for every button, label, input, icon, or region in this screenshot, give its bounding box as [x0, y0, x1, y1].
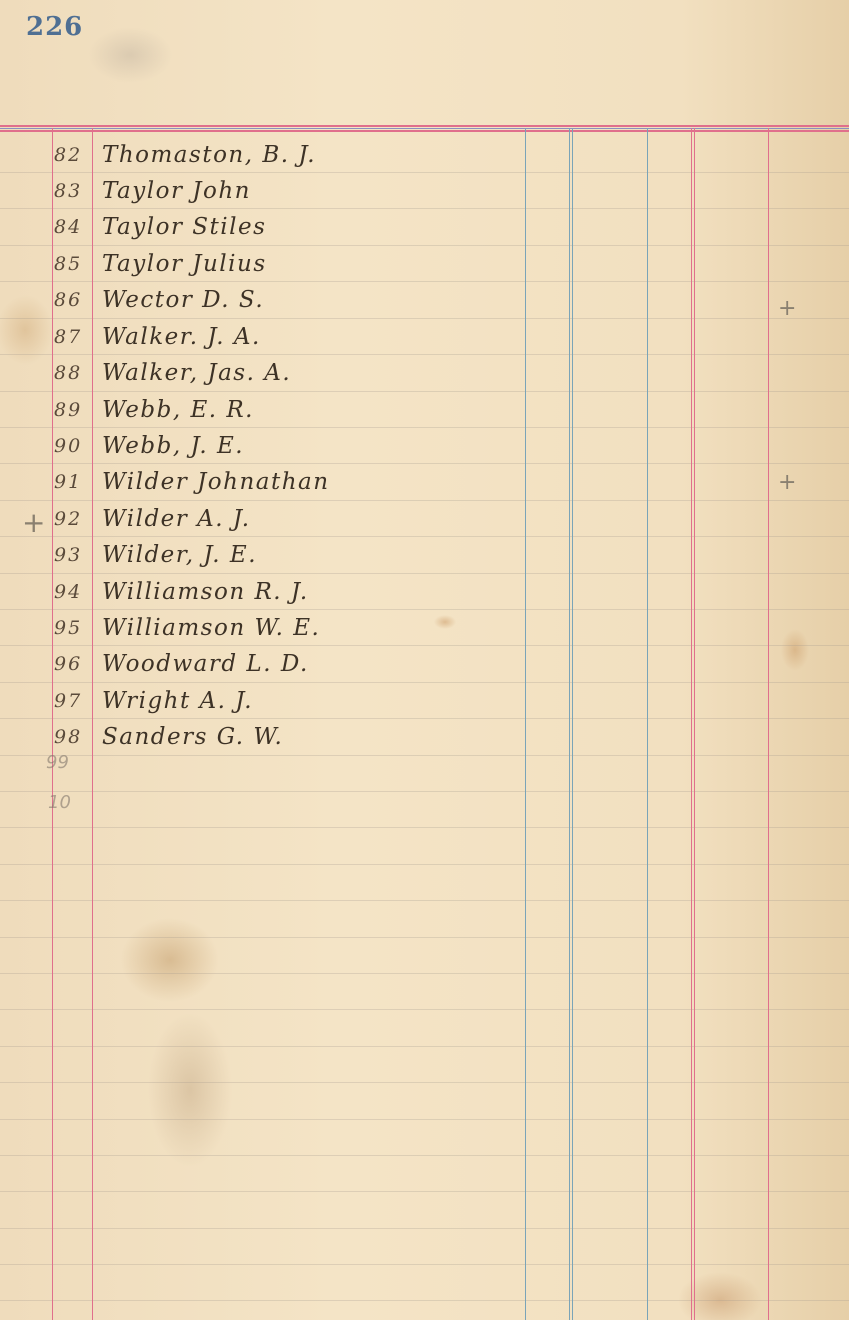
entry-name: Wilder, J. E.	[102, 542, 257, 568]
list-item: 93 Wilder, J. E.	[0, 542, 520, 578]
entry-number: 85	[54, 253, 92, 275]
list-item: 87 Walker. J. A.	[0, 324, 520, 360]
list-item: 89 Webb, E. R.	[0, 397, 520, 433]
entry-name: Wilder A. J.	[102, 506, 251, 532]
column-line-1	[525, 128, 526, 1320]
list-item: 94 Williamson R. J.	[0, 579, 520, 615]
cross-mark-right-91: +	[778, 470, 796, 495]
entry-name: Taylor Julius	[102, 251, 267, 277]
entry-name: Taylor Stiles	[102, 214, 266, 240]
entry-name: Wector D. S.	[102, 287, 264, 313]
header-rule-red-bottom	[0, 130, 849, 132]
entry-number: 98	[54, 726, 92, 748]
list-item: 92 Wilder A. J.	[0, 506, 520, 542]
entry-name: Walker. J. A.	[102, 324, 261, 350]
list-item: 82 Thomaston, B. J.	[0, 142, 520, 178]
column-line-3	[647, 128, 648, 1320]
entry-number: 89	[54, 399, 92, 421]
entry-number: 96	[54, 653, 92, 675]
entry-number: 91	[54, 471, 92, 493]
list-item: 83 Taylor John	[0, 178, 520, 214]
header-rule-red-top	[0, 125, 849, 127]
list-item: 96 Woodward L. D.	[0, 651, 520, 687]
list-item: 84 Taylor Stiles	[0, 214, 520, 250]
entry-name: Wilder Johnathan	[102, 469, 330, 495]
entry-name: Wright A. J.	[102, 688, 253, 714]
entry-number: 94	[54, 581, 92, 603]
page-number: 226	[26, 12, 83, 42]
cross-mark-right-86: +	[778, 296, 796, 321]
ledger-page: 226	[0, 0, 849, 1320]
cross-mark-left: +	[22, 506, 45, 539]
entry-number: 92	[54, 508, 92, 530]
list-item: 98 Sanders G. W.	[0, 724, 520, 760]
entry-number: 82	[54, 144, 92, 166]
entry-number: 95	[54, 617, 92, 639]
entry-name: Walker, Jas. A.	[102, 360, 291, 386]
faint-number-99: 99	[46, 752, 69, 773]
entry-number: 83	[54, 180, 92, 202]
column-line-4b	[694, 128, 695, 1320]
list-item: 86 Wector D. S.	[0, 287, 520, 323]
entry-name: Thomaston, B. J.	[102, 142, 316, 168]
list-item: 95 Williamson W. E.	[0, 615, 520, 651]
column-line-2a	[569, 128, 570, 1320]
entry-number: 87	[54, 326, 92, 348]
column-line-4a	[691, 128, 692, 1320]
list-item: 90 Webb, J. E.	[0, 433, 520, 469]
list-item: 97 Wright A. J.	[0, 688, 520, 724]
header-rule-blue	[0, 128, 849, 129]
entry-number: 88	[54, 362, 92, 384]
list-item: 85 Taylor Julius	[0, 251, 520, 287]
faint-number-10: 10	[48, 792, 71, 813]
entry-name: Taylor John	[102, 178, 251, 204]
column-line-2b	[572, 128, 573, 1320]
entry-name: Webb, E. R.	[102, 397, 254, 423]
entry-number: 97	[54, 690, 92, 712]
entry-number: 90	[54, 435, 92, 457]
entry-name: Webb, J. E.	[102, 433, 244, 459]
entry-name: Sanders G. W.	[102, 724, 283, 750]
entry-name: Williamson W. E.	[102, 615, 320, 641]
list-item: 91 Wilder Johnathan	[0, 469, 520, 505]
entry-number: 84	[54, 216, 92, 238]
entry-name: Williamson R. J.	[102, 579, 309, 605]
entry-name: Woodward L. D.	[102, 651, 309, 677]
entry-number: 86	[54, 289, 92, 311]
entry-number: 93	[54, 544, 92, 566]
list-item: 88 Walker, Jas. A.	[0, 360, 520, 396]
column-line-5	[768, 128, 769, 1320]
